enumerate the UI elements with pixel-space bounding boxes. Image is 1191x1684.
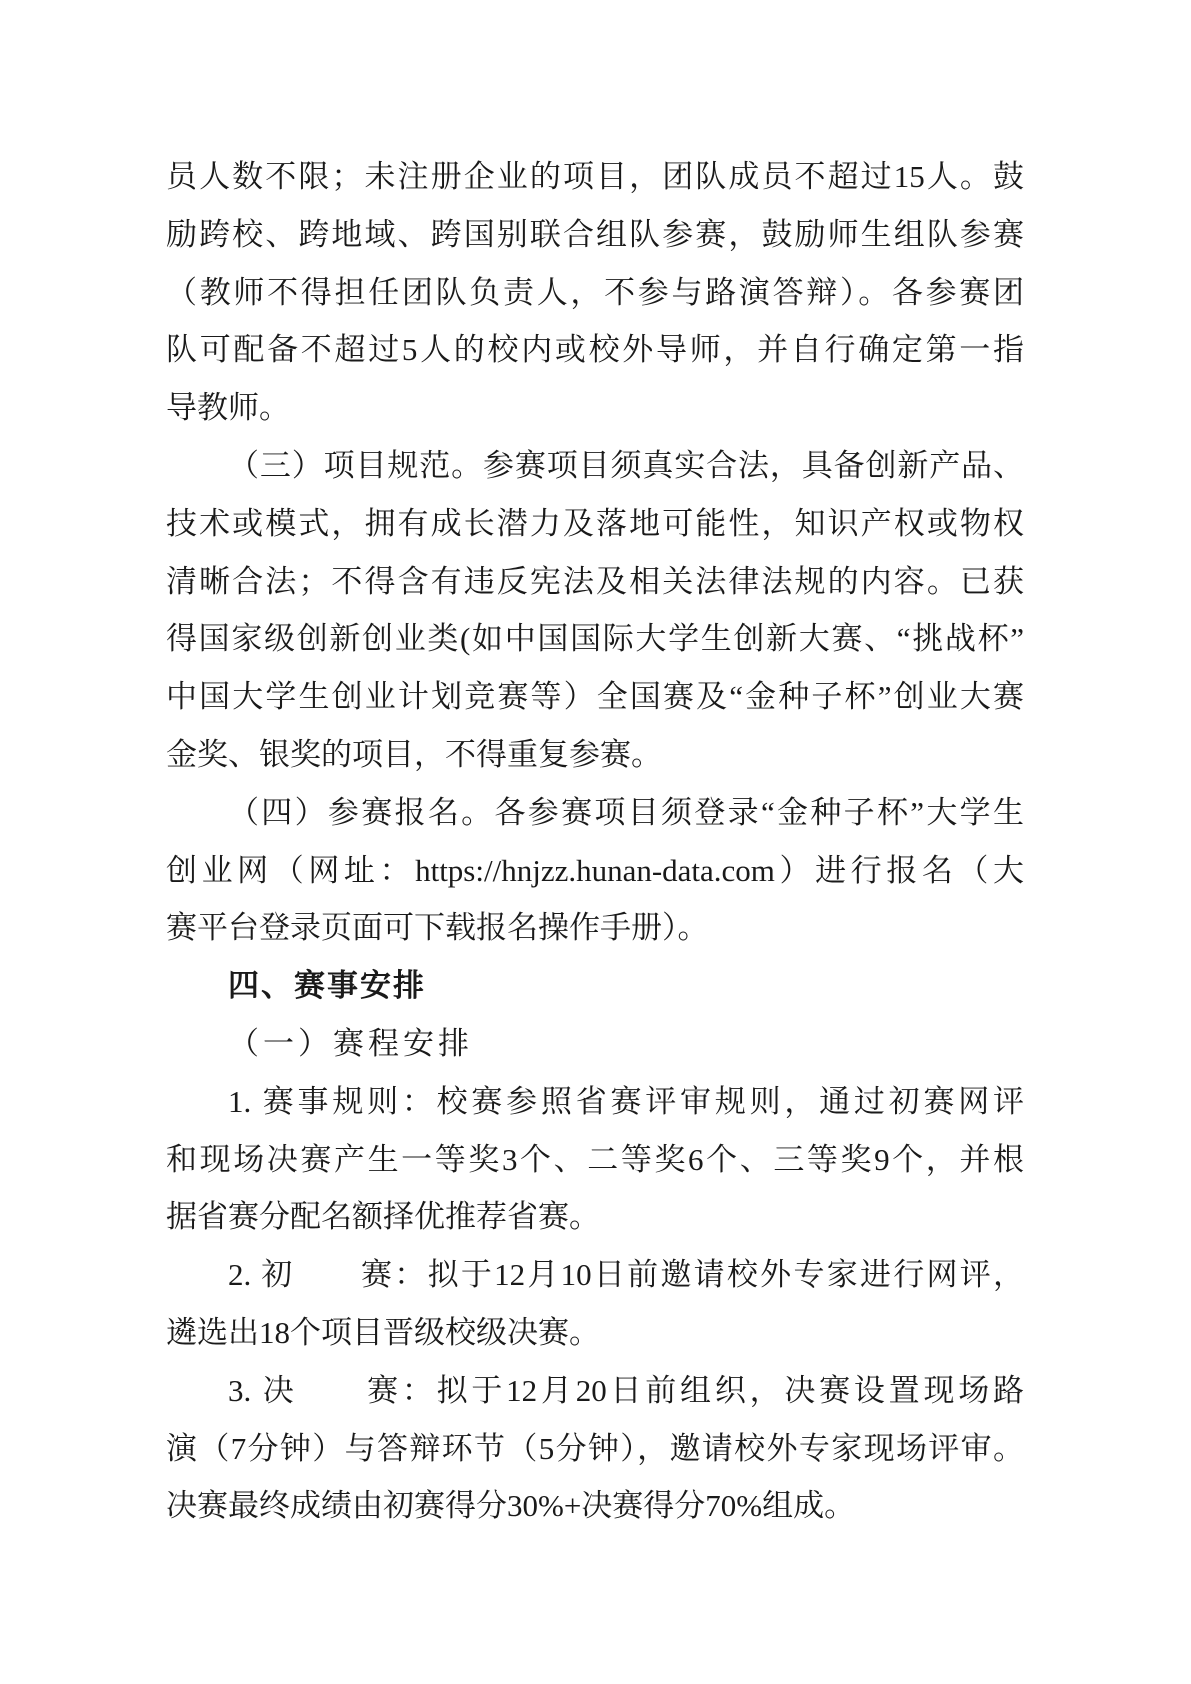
line-text: 得国家级创新创业类(如中国国际大学生创新大赛、“挑战杯” [166, 621, 1024, 656]
line-text: 清晰合法；不得含有违反宪法及相关法律法规的内容。已获 [166, 564, 1024, 599]
text-line: 金奖、银奖的项目，不得重复参赛。 [166, 726, 1024, 784]
line-text: 和现场决赛产生一等奖3个、二等奖6个、三等奖9个，并根 [166, 1142, 1024, 1177]
line-text: 各参赛项目须登录“金种子杯”大学生 [495, 795, 1025, 830]
paragraph-lead: 3. 决 赛： [228, 1373, 437, 1408]
section-heading: 四、赛事安排 [166, 957, 1024, 1015]
line-text: 据省赛分配名额择优推荐省赛。 [166, 1199, 600, 1234]
text-line: 技术或模式，拥有成长潜力及落地可能性，知识产权或物权 [166, 495, 1024, 553]
line-text: 决赛最终成绩由初赛得分30%+决赛得分70%组成。 [166, 1488, 855, 1523]
heading-text: （一）赛程安排 [228, 1026, 473, 1061]
line-text: 遴选出18个项目晋级校级决赛。 [166, 1315, 600, 1350]
paragraph-lead: （三）项目规范。 [228, 448, 483, 483]
text-line: 赛平台登录页面可下载报名操作手册）。 [166, 899, 1024, 957]
line-text: 参赛项目须真实合法，具备创新产品、 [483, 448, 1024, 483]
text-line: 和现场决赛产生一等奖3个、二等奖6个、三等奖9个，并根 [166, 1131, 1024, 1189]
text-line: 中国大学生创业计划竞赛等）全国赛及“金种子杯”创业大赛 [166, 668, 1024, 726]
text-line: 1. 赛事规则：校赛参照省赛评审规则，通过初赛网评 [166, 1073, 1024, 1131]
text-line: 据省赛分配名额择优推荐省赛。 [166, 1188, 1024, 1246]
line-text: 演（7分钟）与答辩环节（5分钟），邀请校外专家现场评审。 [166, 1431, 1024, 1466]
heading-text: 四、赛事安排 [228, 968, 426, 1003]
line-text: 队可配备不超过5人的校内或校外导师，并自行确定第一指 [166, 332, 1024, 367]
text-block: 员人数不限；未注册企业的项目，团队成员不超过15人。鼓 励跨校、跨地域、跨国别联… [166, 148, 1024, 1535]
line-text: 校赛参照省赛评审规则，通过初赛网评 [437, 1084, 1024, 1119]
line-text: 拟于12月20日前组织，决赛设置现场路 [437, 1373, 1024, 1408]
line-text: 金奖、银奖的项目，不得重复参赛。 [166, 737, 662, 772]
text-line: 3. 决 赛：拟于12月20日前组织，决赛设置现场路 [166, 1362, 1024, 1420]
subsection-heading: （一）赛程安排 [166, 1015, 1024, 1073]
text-line: （三）项目规范。参赛项目须真实合法，具备创新产品、 [166, 437, 1024, 495]
text-line: （教师不得担任团队负责人，不参与路演答辩）。各参赛团 [166, 264, 1024, 322]
text-line: 遴选出18个项目晋级校级决赛。 [166, 1304, 1024, 1362]
text-line: 决赛最终成绩由初赛得分30%+决赛得分70%组成。 [166, 1477, 1024, 1535]
text-line: 励跨校、跨地域、跨国别联合组队参赛，鼓励师生组队参赛 [166, 206, 1024, 264]
text-line: 清晰合法；不得含有违反宪法及相关法律法规的内容。已获 [166, 553, 1024, 611]
line-text: 拟于12月10日前邀请校外专家进行网评， [428, 1257, 1024, 1292]
paragraph-lead: （四）参赛报名。 [228, 795, 495, 830]
line-text: 技术或模式，拥有成长潜力及落地可能性，知识产权或物权 [166, 506, 1024, 541]
text-line: 导教师。 [166, 379, 1024, 437]
line-text: 导教师。 [166, 390, 290, 425]
text-line: 队可配备不超过5人的校内或校外导师，并自行确定第一指 [166, 321, 1024, 379]
line-text: 员人数不限；未注册企业的项目，团队成员不超过15人。鼓 [166, 159, 1024, 194]
text-line-with-url: 创业网（网址：https://hnjzz.hunan-data.com）进行报名… [166, 842, 1024, 900]
document-page: 员人数不限；未注册企业的项目，团队成员不超过15人。鼓 励跨校、跨地域、跨国别联… [0, 0, 1191, 1684]
line-text: 创业网（网址：https://hnjzz.hunan-data.com）进行报名… [166, 853, 1024, 888]
line-text: 赛平台登录页面可下载报名操作手册）。 [166, 910, 709, 945]
text-line: 演（7分钟）与答辩环节（5分钟），邀请校外专家现场评审。 [166, 1420, 1024, 1478]
line-text: 励跨校、跨地域、跨国别联合组队参赛，鼓励师生组队参赛 [166, 217, 1024, 252]
text-line: 得国家级创新创业类(如中国国际大学生创新大赛、“挑战杯” [166, 610, 1024, 668]
paragraph-lead: 1. 赛事规则： [228, 1084, 437, 1119]
line-text: 中国大学生创业计划竞赛等）全国赛及“金种子杯”创业大赛 [166, 679, 1024, 714]
text-line: 员人数不限；未注册企业的项目，团队成员不超过15人。鼓 [166, 148, 1024, 206]
paragraph-lead: 2. 初 赛： [228, 1257, 428, 1292]
line-text: （教师不得担任团队负责人，不参与路演答辩）。各参赛团 [166, 275, 1024, 310]
text-line: 2. 初 赛：拟于12月10日前邀请校外专家进行网评， [166, 1246, 1024, 1304]
text-line: （四）参赛报名。各参赛项目须登录“金种子杯”大学生 [166, 784, 1024, 842]
